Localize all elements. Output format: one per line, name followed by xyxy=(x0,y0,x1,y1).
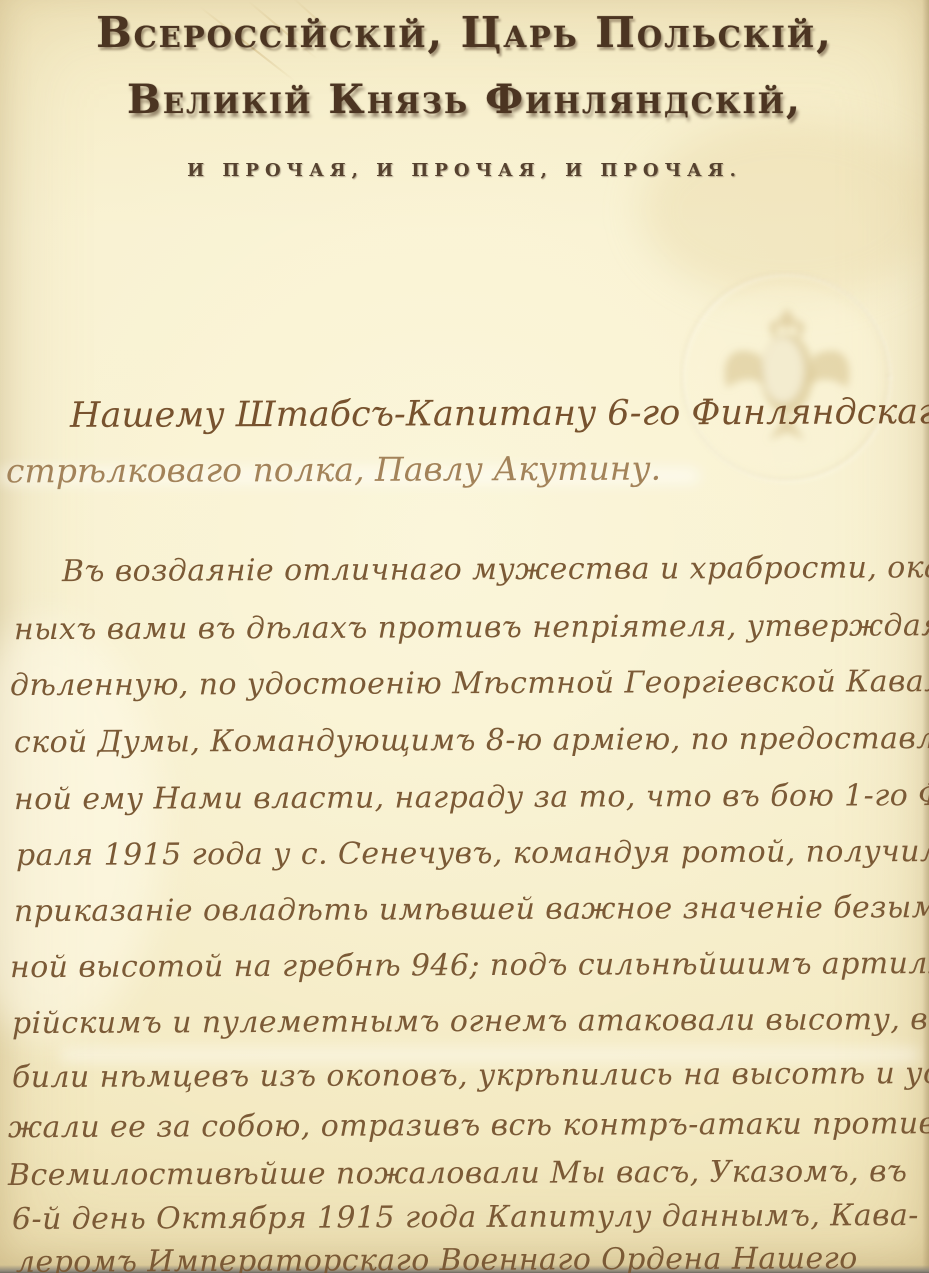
letterhead-etcetera-line: И ПРОЧАЯ, И ПРОЧАЯ, И ПРОЧАЯ. xyxy=(0,160,929,181)
document-page: Всероссійскій, Царь Польскій, Великій Кн… xyxy=(0,0,929,1273)
letterhead-title-line-1: Всероссійскій, Царь Польскій, xyxy=(0,8,929,57)
body-line: дѣленную, по удостоенію Мѣстной Георгіев… xyxy=(10,664,929,703)
body-line: ныхъ вами въ дѣлахъ противъ непріятеля, … xyxy=(14,608,929,647)
salutation-line-1: Нашему Штабсъ-Капитану 6-го Финляндскаго xyxy=(70,392,929,436)
body-line: рійскимъ и пулеметнымъ огнемъ атаковали … xyxy=(12,1002,929,1041)
body-line: ной ему Нами власти, награду за то, что … xyxy=(14,778,929,817)
body-line: приказаніе овладѣть имѣвшей важное значе… xyxy=(14,890,929,929)
body-line: 6-й день Октября 1915 года Капитулу данн… xyxy=(12,1198,919,1237)
letterhead-title-line-2: Великій Князь Финляндскій, xyxy=(0,76,929,123)
body-line: ской Думы, Командующимъ 8-ю арміею, по п… xyxy=(14,721,929,760)
embossed-imperial-eagle-seal-icon xyxy=(679,270,895,486)
body-line: жали ее за собою, отразивъ всѣ контръ-ат… xyxy=(8,1106,929,1145)
body-line: били нѣмцевъ изъ окоповъ, укрѣпились на … xyxy=(12,1056,929,1095)
body-line: Въ воздаяніе отличнаго мужества и храбро… xyxy=(62,550,929,589)
body-line: Всемилостивѣйше пожаловали Мы васъ, Указ… xyxy=(8,1154,907,1193)
body-line: раля 1915 года у с. Сенечувъ, командуя р… xyxy=(16,834,929,873)
body-line: ной высотой на гребнѣ 946; подъ сильнѣйш… xyxy=(10,946,929,985)
body-line: леромъ Императорскаго Военнаго Ордена На… xyxy=(16,1241,858,1273)
salutation-line-2: стрѣлковаго полка, Павлу Акутину. xyxy=(6,449,661,491)
